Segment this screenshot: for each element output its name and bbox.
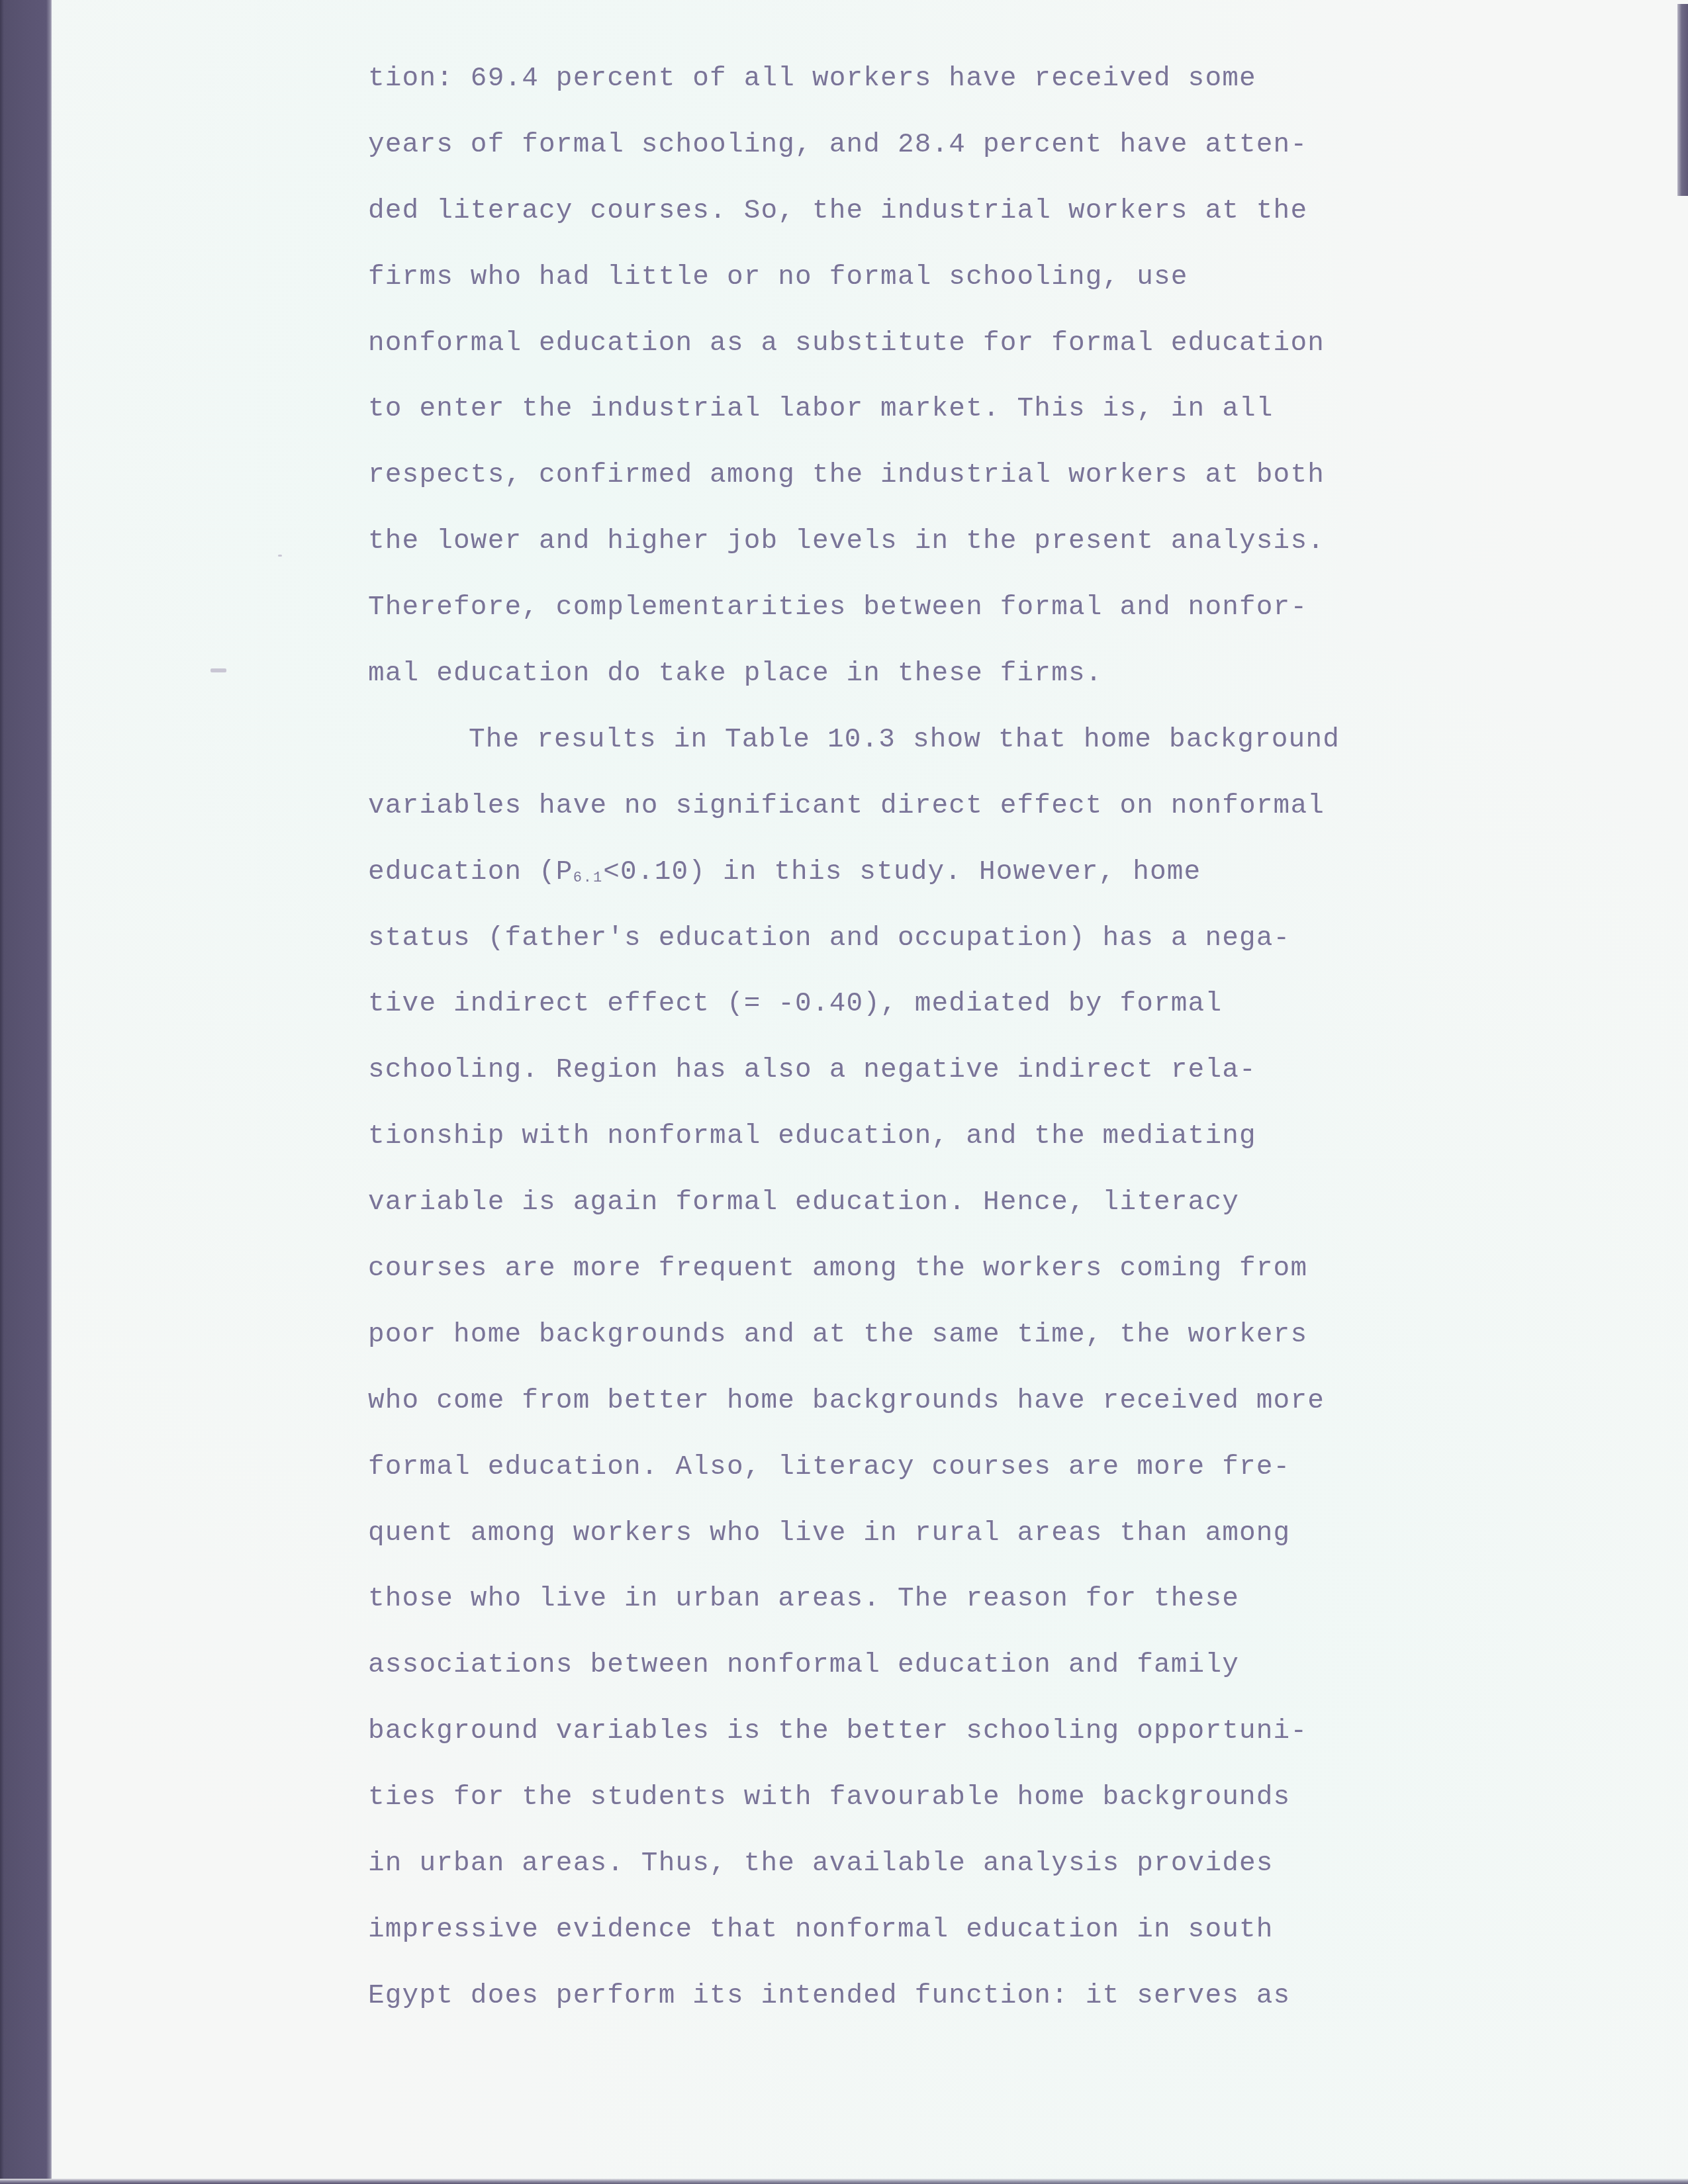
text-line: in urban areas. Thus, the available anal… xyxy=(368,1841,1507,1907)
text-line-first-indented: The results in Table 10.3 show that home… xyxy=(368,717,1507,783)
subscript: 6.1 xyxy=(573,870,604,886)
paragraph-1: tion: 69.4 percent of all workers have r… xyxy=(368,56,1507,717)
text-line: who come from better home backgrounds ha… xyxy=(368,1378,1507,1444)
text-line: years of formal schooling, and 28.4 perc… xyxy=(368,122,1507,188)
text-line: Egypt does perform its intended function… xyxy=(368,1973,1507,2039)
text-line: Therefore, complementarities between for… xyxy=(368,584,1507,651)
text-line: background variables is the better schoo… xyxy=(368,1708,1507,1774)
document-body: tion: 69.4 percent of all workers have r… xyxy=(368,56,1507,2039)
text-line: variables have no significant direct eff… xyxy=(368,783,1507,849)
text-segment: <0.10) in this study. However, home xyxy=(603,857,1201,887)
scan-left-border xyxy=(0,0,52,2184)
text-line: nonformal education as a substitute for … xyxy=(368,320,1507,387)
text-line: associations between nonformal education… xyxy=(368,1642,1507,1708)
text-line: formal education. Also, literacy courses… xyxy=(368,1444,1507,1510)
text-line: the lower and higher job levels in the p… xyxy=(368,518,1507,584)
text-line: those who live in urban areas. The reaso… xyxy=(368,1576,1507,1642)
scan-speck xyxy=(278,555,282,557)
text-segment: education (P xyxy=(368,857,573,887)
text-line: quent among workers who live in rural ar… xyxy=(368,1510,1507,1576)
text-line: schooling. Region has also a negative in… xyxy=(368,1047,1507,1113)
paragraph-2: The results in Table 10.3 show that home… xyxy=(368,717,1507,2039)
text-line: respects, confirmed among the industrial… xyxy=(368,452,1507,518)
text-line: ties for the students with favourable ho… xyxy=(368,1774,1507,1841)
text-line-with-subscript: education (P6.1<0.10) in this study. How… xyxy=(368,849,1507,915)
text-line: status (father's education and occupatio… xyxy=(368,915,1507,981)
text-line: ded literacy courses. So, the industrial… xyxy=(368,188,1507,254)
text-line: tive indirect effect (= -0.40), mediated… xyxy=(368,981,1507,1047)
scan-speck xyxy=(211,668,226,672)
text-line: to enter the industrial labor market. Th… xyxy=(368,386,1507,452)
text-line: tionship with nonformal education, and t… xyxy=(368,1113,1507,1179)
text-line: courses are more frequent among the work… xyxy=(368,1246,1507,1312)
text-line: poor home backgrounds and at the same ti… xyxy=(368,1312,1507,1378)
text-line: impressive evidence that nonformal educa… xyxy=(368,1907,1507,1973)
text-line: variable is again formal education. Henc… xyxy=(368,1179,1507,1246)
text-line: mal education do take place in these fir… xyxy=(368,651,1507,717)
text-line: tion: 69.4 percent of all workers have r… xyxy=(368,56,1507,122)
text-line: firms who had little or no formal school… xyxy=(368,254,1507,320)
